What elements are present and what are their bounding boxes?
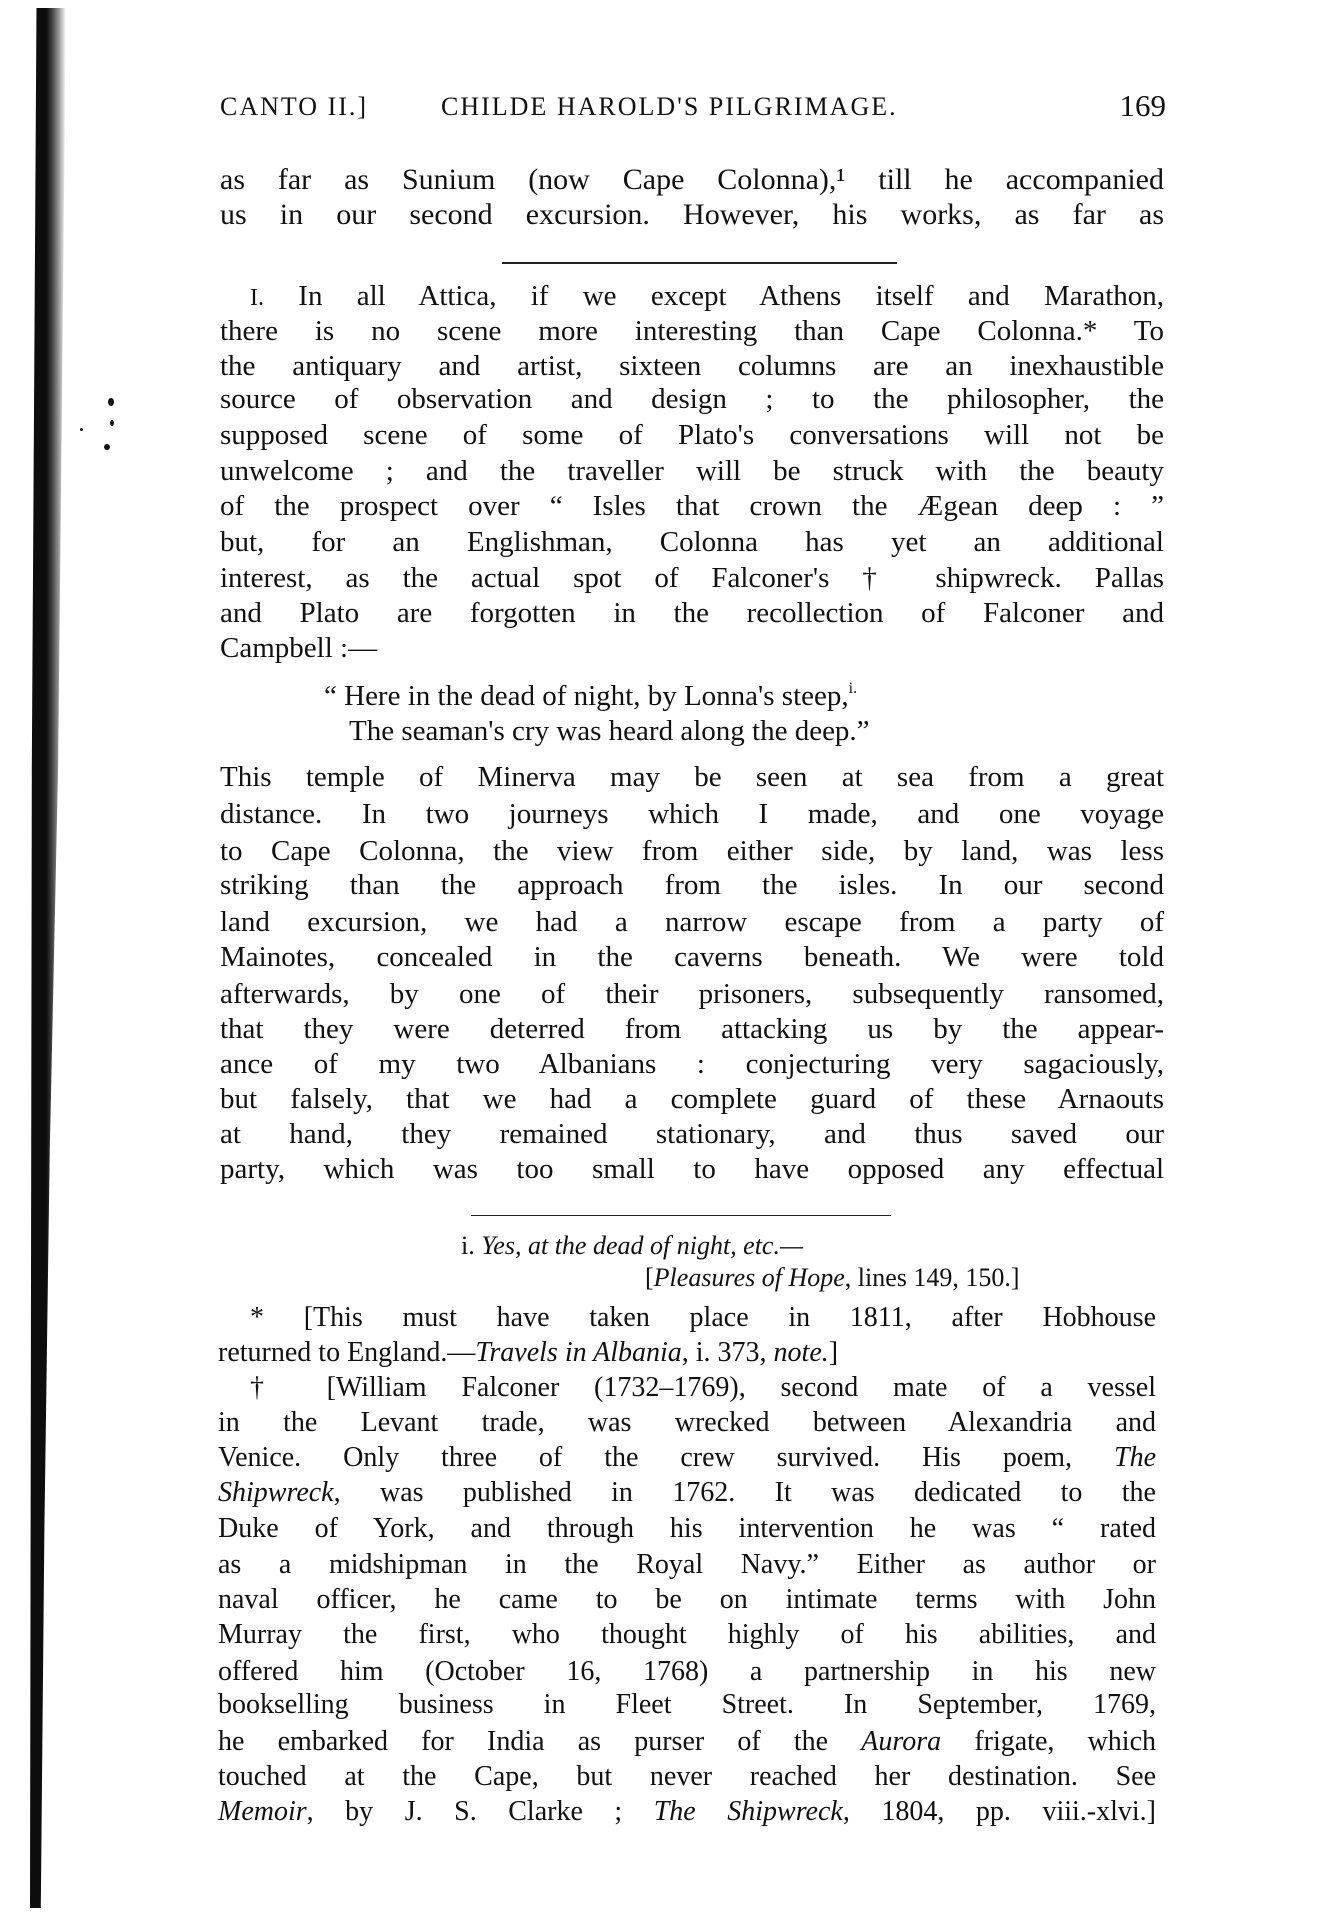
- note-line: to Cape Colonna, the view from either si…: [220, 836, 1164, 866]
- variant-marker: i.: [849, 680, 857, 697]
- note-line: land excursion, we had a narrow escape f…: [220, 907, 1164, 937]
- book-title: The: [1114, 1442, 1156, 1473]
- scan-speck: [108, 398, 114, 406]
- footnote-dagger-line: offered him (October 16, 1768) a partner…: [218, 1657, 1156, 1687]
- footnote-star-line: * [This must have taken place in 1811, a…: [250, 1303, 1156, 1333]
- quote-line-text: “ Here in the dead of night, by Lonna's …: [324, 680, 849, 712]
- book-title: The Shipwreck: [654, 1796, 843, 1827]
- text: returned to England.—: [218, 1337, 475, 1368]
- note-line: supposed scene of some of Plato's conver…: [220, 420, 1164, 450]
- note-line: Mainotes, concealed in the caverns benea…: [220, 942, 1164, 972]
- running-head-title: CHILDE HAROLD'S PILGRIMAGE.: [441, 92, 898, 122]
- book-title: Travels in Albania: [475, 1337, 681, 1368]
- book-title: Shipwreck: [218, 1477, 334, 1508]
- scan-speck: [110, 420, 114, 426]
- note-line: striking than the approach from the isle…: [220, 870, 1164, 900]
- footnote-dagger-line: Venice. Only three of the crew survived.…: [218, 1443, 1156, 1473]
- scan-page-edge: [30, 8, 66, 1908]
- quote-line: “ Here in the dead of night, by Lonna's …: [324, 681, 857, 711]
- ship-name: Aurora: [861, 1726, 941, 1757]
- note-line: ance of my two Albanians : conjecturing …: [220, 1049, 1164, 1079]
- note-line: but falsely, that we had a complete guar…: [220, 1084, 1164, 1114]
- note-line: I. In all Attica, if we except Athens it…: [250, 281, 1164, 313]
- note-line: of the prospect over “ Isles that crown …: [220, 491, 1164, 521]
- note-line: interest, as the actual spot of Falconer…: [220, 563, 1164, 593]
- note-line: source of observation and design ; to th…: [220, 384, 1164, 414]
- source-rest: , lines 149, 150.]: [845, 1263, 1020, 1292]
- quote-line: The seaman's cry was heard along the dee…: [349, 716, 870, 746]
- footnote-dagger-line: as a midshipman in the Royal Navy.” Eith…: [218, 1550, 1156, 1580]
- book-title: Memoir: [218, 1796, 307, 1827]
- footnote-marker: i.: [461, 1231, 475, 1260]
- footnote-dagger-line: in the Levant trade, was wrecked between…: [218, 1408, 1156, 1438]
- note-separator-rule: [502, 262, 897, 264]
- footnote-separator-rule: [471, 1215, 891, 1216]
- note-line: Campbell :—: [220, 633, 1164, 663]
- note-marker: I.: [250, 285, 264, 311]
- note-line: but, for an Englishman, Colonna has yet …: [220, 527, 1164, 557]
- note-line: distance. In two journeys which I made, …: [220, 799, 1164, 829]
- text: , was published in 1762. It was dedicate…: [334, 1477, 1156, 1508]
- body-line: us in our second excursion. However, his…: [220, 200, 1164, 230]
- text: ]: [829, 1337, 838, 1368]
- footnote-star-line: returned to England.—Travels in Albania,…: [218, 1338, 1156, 1368]
- note-line: afterwards, by one of their prisoners, s…: [220, 979, 1164, 1009]
- note-line: there is no scene more interesting than …: [220, 316, 1164, 346]
- footnote-dagger-line: Memoir, by J. S. Clarke ; The Shipwreck,…: [218, 1797, 1156, 1827]
- note-line: at hand, they remained stationary, and t…: [220, 1119, 1164, 1149]
- footnote-dagger-line: † [William Falconer (1732–1769), second …: [250, 1373, 1156, 1403]
- bracket: [: [645, 1263, 654, 1292]
- note-line: This temple of Minerva may be seen at se…: [220, 762, 1164, 792]
- scan-speck: [80, 428, 83, 431]
- body-line-text: as far as Sunium (now Cape Colonna),¹ ti…: [220, 163, 1164, 196]
- body-line: as far as Sunium (now Cape Colonna),¹ ti…: [220, 165, 1164, 195]
- note-line: unwelcome ; and the traveller will be st…: [220, 456, 1164, 486]
- text: , i. 373,: [682, 1337, 774, 1368]
- footnote-dagger-line: Shipwreck, was published in 1762. It was…: [218, 1478, 1156, 1508]
- page-number: 169: [1120, 88, 1167, 124]
- footnote-variant-text: Yes, at the dead of night, etc.—: [481, 1231, 803, 1260]
- note-word: note.: [774, 1337, 829, 1368]
- footnote-variant-i: i. Yes, at the dead of night, etc.—: [461, 1231, 803, 1261]
- text: , by J. S. Clarke ;: [307, 1796, 654, 1827]
- text: , 1804, pp. viii.-xlvi.]: [843, 1796, 1156, 1827]
- running-head-canto: CANTO II.]: [220, 92, 368, 122]
- footnote-dagger-line: naval officer, he came to be on intimate…: [218, 1585, 1156, 1615]
- note-line: that they were deterred from attacking u…: [220, 1014, 1164, 1044]
- footnote-variant-source: [Pleasures of Hope, lines 149, 150.]: [645, 1263, 1020, 1293]
- note-line-text: In all Attica, if we except Athens itsel…: [298, 280, 1164, 312]
- note-line: the antiquary and artist, sixteen column…: [220, 351, 1164, 381]
- source-title: Pleasures of Hope: [654, 1263, 845, 1292]
- footnote-dagger-line: touched at the Cape, but never reached h…: [218, 1762, 1156, 1792]
- footnote-dagger-line: Murray the first, who thought highly of …: [218, 1620, 1156, 1650]
- footnote-dagger-line: he embarked for India as purser of the A…: [218, 1727, 1156, 1757]
- footnote-dagger-line: bookselling business in Fleet Street. In…: [218, 1690, 1156, 1720]
- text: frigate, which: [941, 1726, 1156, 1757]
- footnote-dagger-line: Duke of York, and through his interventi…: [218, 1514, 1156, 1544]
- note-line: and Plato are forgotten in the recollect…: [220, 598, 1164, 628]
- note-line: party, which was too small to have oppos…: [220, 1154, 1164, 1184]
- scan-speck: [104, 444, 110, 450]
- text: he embarked for India as purser of the: [218, 1726, 861, 1757]
- text: Venice. Only three of the crew survived.…: [218, 1442, 1114, 1473]
